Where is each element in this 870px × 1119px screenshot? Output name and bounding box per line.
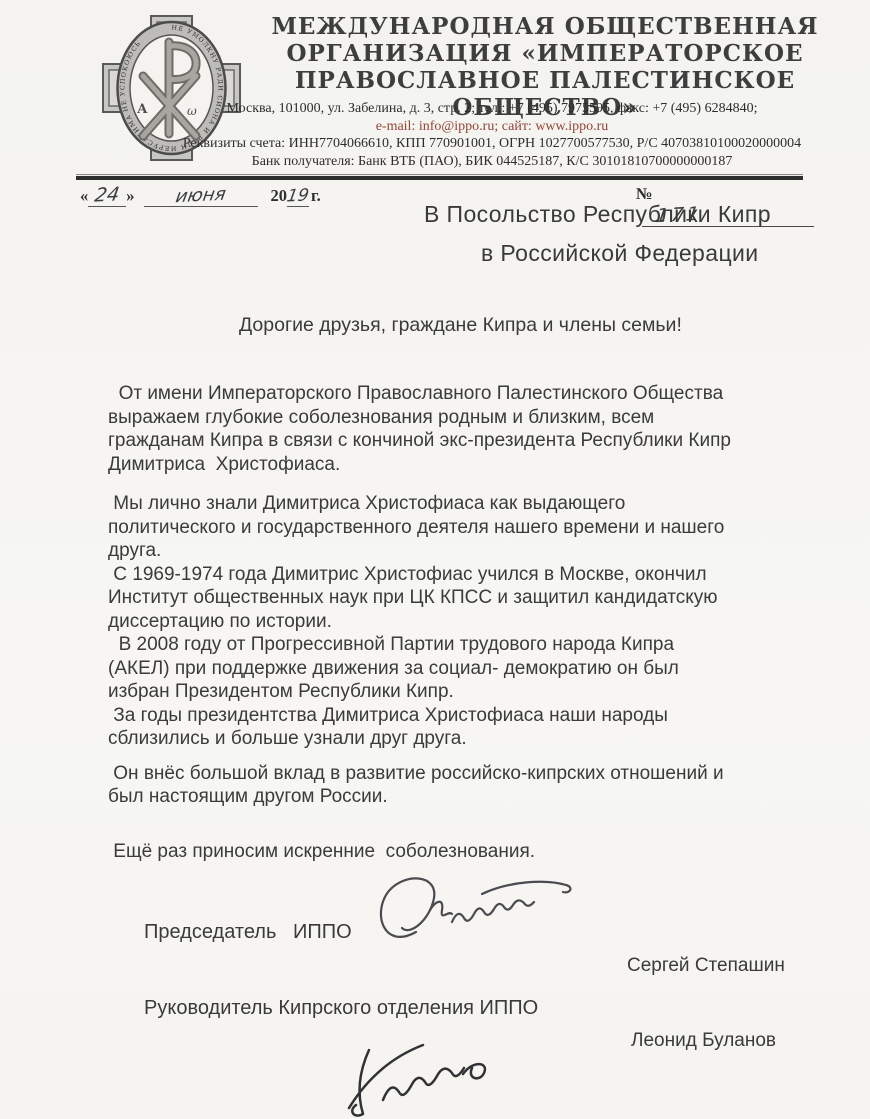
paragraph-presidency-years: За годы президентства Димитриса Христофи… [108,704,856,751]
address-line: Москва, 101000, ул. Забелина, д. 3, стр.… [130,100,854,118]
chairman-title: Председатель ИППО [144,921,352,944]
paragraph-personal: Мы лично знали Димитриса Христофиаса как… [108,492,856,563]
day-field: 24 [88,184,126,207]
month-field: июня [144,185,258,207]
paragraph-condolences: От имени Императорского Православного Па… [108,382,856,476]
requisites-line: Реквизиты счета: ИНН7704066610, КПП 7709… [130,135,854,153]
branch-head-signature-scribble [335,1036,510,1118]
recipient-line1: В Посольство Республики Кипр [424,201,771,228]
salutation: Дорогие друзья, граждане Кипра и члены с… [239,314,682,337]
contact-block: Москва, 101000, ул. Забелина, д. 3, стр.… [130,100,854,170]
recipient-block: В Посольство Республики Кипр в Российско… [424,201,771,267]
paragraph-friend-of-russia: Он внёс большой вклад в развитие российс… [108,762,856,809]
handwritten-month: июня [174,184,227,208]
paragraph-president-election: В 2008 году от Прогрессивной Партии труд… [108,633,856,704]
divider-rule [76,174,803,180]
branch-head-title: Руководитель Кипрского отделения ИППО [144,997,538,1020]
org-title-line: ОРГАНИЗАЦИЯ «ИМПЕРАТОРСКОЕ [245,40,845,67]
paragraph-moscow-studies: С 1969-1974 года Димитрис Христофиас учи… [108,563,856,634]
year-prefix: 20 [271,186,288,205]
bank-line: Банк получателя: Банк ВТБ (ПАО), БИК 044… [130,153,854,171]
year-field: 19 [287,186,309,207]
chairman-signature-scribble [364,868,584,958]
year-suffix: г. [311,186,321,205]
paragraph-closing: Ещё раз приносим искренние соболезновани… [108,840,856,864]
quote-open: « [80,186,88,205]
org-title-line: МЕЖДУНАРОДНАЯ ОБЩЕСТВЕННАЯ [245,13,845,40]
quote-close: » [126,186,134,205]
branch-head-signature [335,1036,510,1118]
letter-body: От имени Императорского Православного Па… [108,382,856,863]
handwritten-year: 19 [285,185,310,206]
branch-head-name: Леонид Буланов [631,1030,776,1052]
chairman-signature [364,868,584,958]
recipient-line2: в Российской Федерации [481,240,771,267]
email-line: e-mail: info@ippo.ru; сайт: www.ippo.ru [130,118,854,136]
handwritten-day: 24 [93,183,121,206]
scanned-letter: НЕ УМОЛКНУ РАДИ СИОНА И РАДИ ИЕРУСАЛИМА … [0,0,870,1119]
chairman-name: Сергей Степашин [627,955,785,977]
